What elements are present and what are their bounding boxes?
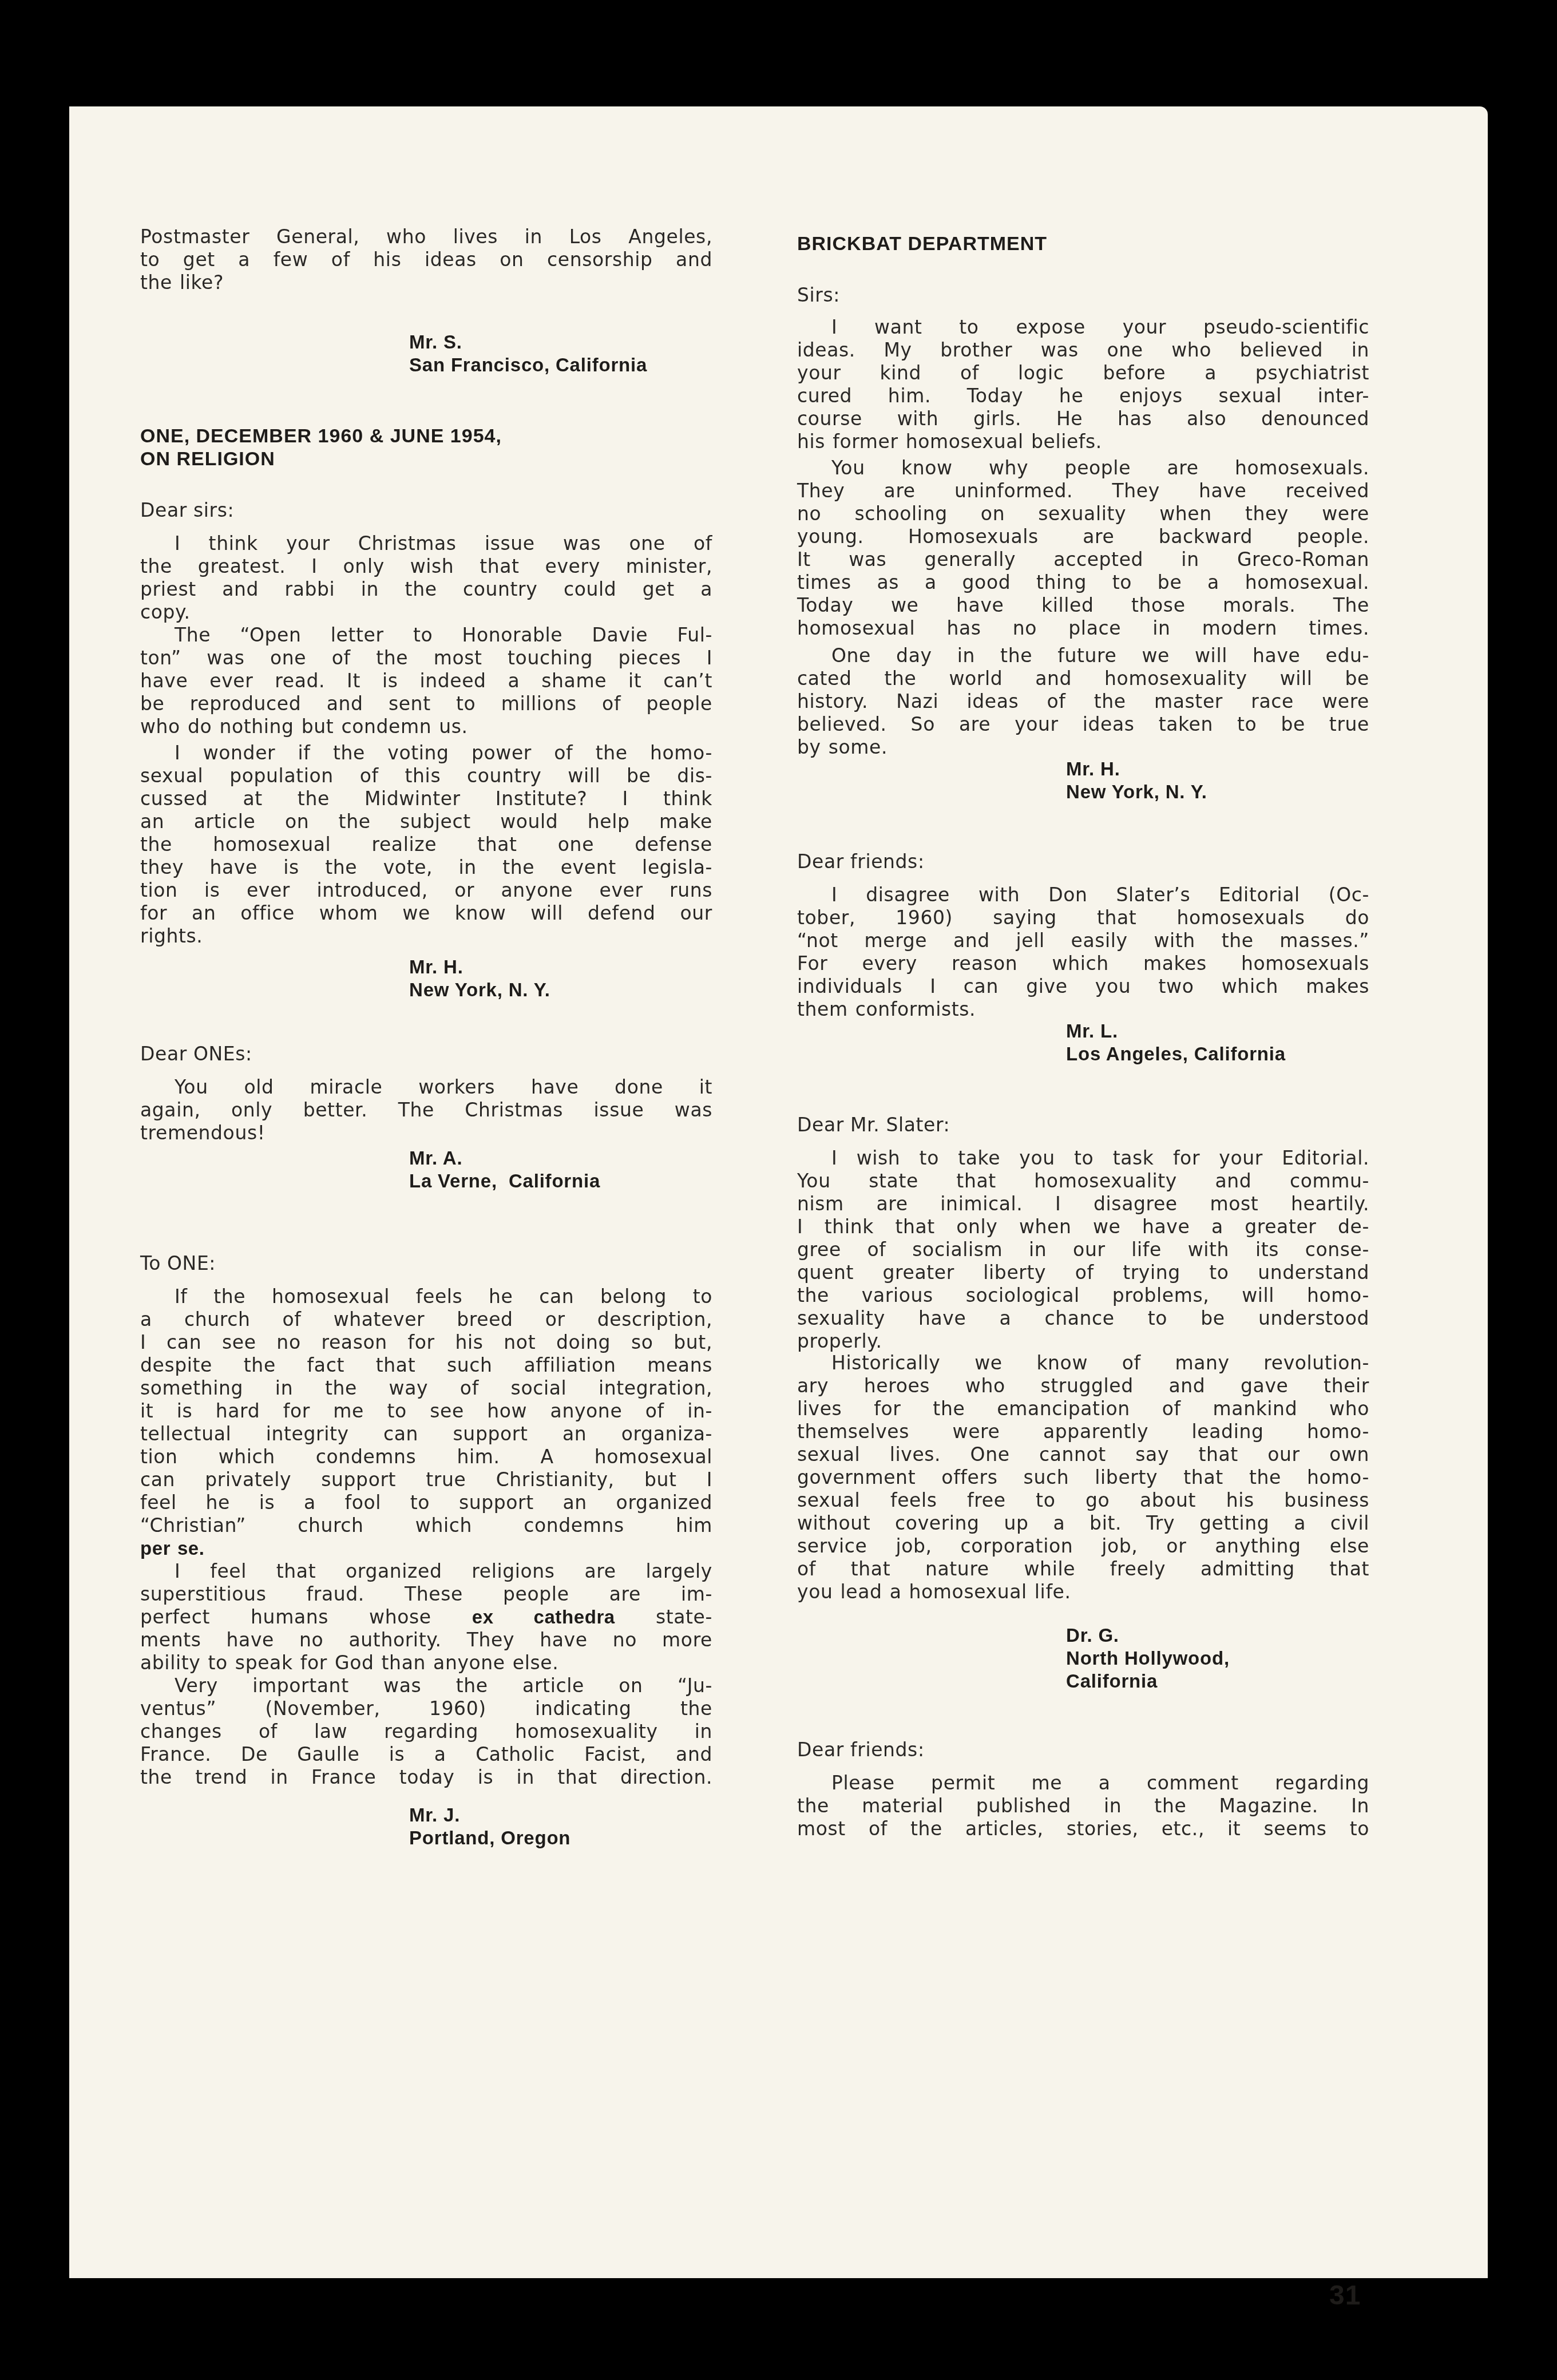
signature-location: California <box>797 1670 1369 1693</box>
salutation: Dear Mr. Slater: <box>797 1114 1369 1136</box>
paragraph: I feel that organized religions are larg… <box>140 1560 712 1674</box>
text-line: I think your Christmas issue was one of <box>140 532 712 555</box>
text-line: tremendous! <box>140 1122 712 1145</box>
signature: Mr. H. New York, N. Y. <box>140 956 712 1001</box>
text-line: ideas. My brother was one who believed i… <box>797 339 1369 362</box>
text-line: tion which condemns him. A homosexual <box>140 1446 712 1468</box>
text-line: For every reason which makes homosexuals <box>797 952 1369 975</box>
text-line: the homosexual realize that one defense <box>140 833 712 856</box>
text-line: They are uninformed. They have received <box>797 480 1369 502</box>
signature-location: North Hollywood, <box>797 1647 1369 1670</box>
text-line: of that nature while freely admitting th… <box>797 1558 1369 1581</box>
text-line: quent greater liberty of trying to under… <box>797 1261 1369 1284</box>
text-line: You state that homosexuality and commu- <box>797 1170 1369 1193</box>
text-line: history. Nazi ideas of the master race w… <box>797 690 1369 713</box>
text-line: be reproduced and sent to millions of pe… <box>140 692 712 715</box>
signature: Mr. S. San Francisco, California <box>140 331 712 377</box>
text-line: an article on the subject would help mak… <box>140 810 712 833</box>
salutation-text: Dear friends: <box>797 1739 1369 1761</box>
text-line: tober, 1960) saying that homosexuals do <box>797 906 1369 929</box>
heading-line: ONE, DECEMBER 1960 & JUNE 1954, <box>140 425 712 448</box>
signature-name: Mr. S. <box>140 331 712 354</box>
text-line: changes of law regarding homosexuality i… <box>140 1720 712 1743</box>
text-line: The “Open letter to Honorable Davie Ful- <box>140 624 712 647</box>
signature-location: Los Angeles, California <box>797 1043 1369 1066</box>
text-line: can privately support true Christianity,… <box>140 1468 712 1491</box>
text-line: times as a good thing to be a homosexual… <box>797 571 1369 594</box>
text-line: Very important was the article on “Ju- <box>140 1674 712 1697</box>
text-line: I wish to take you to task for your Edit… <box>797 1147 1369 1170</box>
paragraph: I disagree with Don Slater’s Editorial (… <box>797 884 1369 1021</box>
text-line: the material published in the Magazine. … <box>797 1795 1369 1817</box>
text-line: I want to expose your pseudo-scientific <box>797 316 1369 339</box>
text-line: them conformists. <box>797 998 1369 1021</box>
text-line: individuals I can give you two which mak… <box>797 975 1369 998</box>
paragraph: You know why people are homosexuals. The… <box>797 457 1369 640</box>
text-line: again, only better. The Christmas issue … <box>140 1099 712 1122</box>
emphasis-per-se: per se. <box>140 1537 712 1560</box>
signature-location: La Verne, California <box>140 1170 712 1193</box>
text-line: tellectual integrity can support an orga… <box>140 1423 712 1446</box>
salutation-text: Dear sirs: <box>140 499 712 522</box>
text-line: something in the way of social integrati… <box>140 1377 712 1400</box>
letter-continuation: Postmaster General, who lives in Los Ang… <box>140 225 712 294</box>
paragraph: Very important was the article on “Ju- v… <box>140 1674 712 1789</box>
text-line: superstitious fraud. These people are im… <box>140 1583 712 1606</box>
text-line: cussed at the Midwinter Institute? I thi… <box>140 787 712 810</box>
text-line: who do nothing but condemn us. <box>140 715 712 738</box>
text-line: the various sociological problems, will … <box>797 1284 1369 1307</box>
text-line: properly. <box>797 1330 1369 1353</box>
text-line: it is hard for me to see how anyone of i… <box>140 1400 712 1423</box>
text-line: tion is ever introduced, or anyone ever … <box>140 879 712 902</box>
signature-name: Mr. J. <box>140 1804 712 1827</box>
text-line: no schooling on sexuality when they were <box>797 502 1369 525</box>
signature-location: San Francisco, California <box>140 354 712 377</box>
text-line: service job, corporation job, or anythin… <box>797 1535 1369 1558</box>
text-line: gree of socialism in our life with its c… <box>797 1238 1369 1261</box>
text-line: If the homosexual feels he can belong to <box>140 1285 712 1308</box>
paragraph: The “Open letter to Honorable Davie Ful-… <box>140 624 712 738</box>
text-line: most of the articles, stories, etc., it … <box>797 1817 1369 1840</box>
text-line: Historically we know of many revolution- <box>797 1352 1369 1375</box>
text-line: rights. <box>140 925 712 948</box>
text-line: “Christian” church which condemns him <box>140 1514 712 1537</box>
signature-location: New York, N. Y. <box>797 781 1369 803</box>
paragraph: If the homosexual feels he can belong to… <box>140 1285 712 1560</box>
text-line: ments have no authority. They have no mo… <box>140 1629 712 1652</box>
signature: Mr. J. Portland, Oregon <box>140 1804 712 1850</box>
text-line: for an office whom we know will defend o… <box>140 902 712 925</box>
text-line: course with girls. He has also denounced <box>797 407 1369 430</box>
text-line: they have is the vote, in the event legi… <box>140 856 712 879</box>
text-line: cated the world and homosexuality will b… <box>797 667 1369 690</box>
text-line: the trend in France today is in that dir… <box>140 1766 712 1789</box>
paragraph: You old miracle workers have done it aga… <box>140 1076 712 1145</box>
text-line: I wonder if the voting power of the homo… <box>140 742 712 765</box>
text-line: believed. So are your ideas taken to be … <box>797 713 1369 736</box>
text-fragment: state- <box>656 1606 712 1628</box>
text-line: government offers such liberty that the … <box>797 1466 1369 1489</box>
signature-name: Mr. H. <box>140 956 712 979</box>
text-line-with-emphasis: perfect humans whose ex cathedra state- <box>140 1606 712 1629</box>
text-line: despite the fact that such affiliation m… <box>140 1354 712 1377</box>
salutation-text: Dear ONEs: <box>140 1043 712 1066</box>
text-line: sexual population of this country will b… <box>140 765 712 787</box>
text-line: ton” was one of the most touching pieces… <box>140 647 712 670</box>
magazine-page: Postmaster General, who lives in Los Ang… <box>69 106 1488 2278</box>
signature-location: Portland, Oregon <box>140 1827 712 1850</box>
salutation: To ONE: <box>140 1252 712 1275</box>
text-line: One day in the future we will have edu- <box>797 644 1369 667</box>
text-line: I can see no reason for his not doing so… <box>140 1331 712 1354</box>
signature-name: Mr. A. <box>140 1147 712 1170</box>
text-line: have ever read. It is indeed a shame it … <box>140 670 712 692</box>
paragraph: Please permit me a comment regarding the… <box>797 1772 1369 1840</box>
section-heading: ONE, DECEMBER 1960 & JUNE 1954, ON RELIG… <box>140 425 712 470</box>
salutation-text: Dear friends: <box>797 850 1369 873</box>
signature: Dr. G. North Hollywood, California <box>797 1624 1369 1693</box>
paragraph: I wonder if the voting power of the homo… <box>140 742 712 948</box>
text-line: to get a few of his ideas on censorship … <box>140 248 712 271</box>
heading-line: ON RELIGION <box>140 448 712 470</box>
text-line: themselves were apparently leading homo- <box>797 1420 1369 1443</box>
salutation-text: Sirs: <box>797 284 1369 307</box>
signature-location: New York, N. Y. <box>140 979 712 1001</box>
salutation-text: Dear Mr. Slater: <box>797 1114 1369 1136</box>
text-line: I think that only when we have a greater… <box>797 1215 1369 1238</box>
paragraph: Historically we know of many revolution-… <box>797 1352 1369 1603</box>
text-line: sexual lives. One cannot say that our ow… <box>797 1443 1369 1466</box>
text-line: Today we have killed those morals. The <box>797 594 1369 617</box>
text-line: nism are inimical. I disagree most heart… <box>797 1193 1369 1215</box>
text-line: It was generally accepted in Greco-Roman <box>797 548 1369 571</box>
signature: Mr. A. La Verne, California <box>140 1147 712 1193</box>
emphasis-ex-cathedra: ex cathedra <box>472 1606 615 1627</box>
text-line: priest and rabbi in the country could ge… <box>140 578 712 601</box>
signature-name: Mr. L. <box>797 1020 1369 1043</box>
text-line: homosexual has no place in modern times. <box>797 617 1369 640</box>
text-line: ventus” (November, 1960) indicating the <box>140 1697 712 1720</box>
text-fragment: perfect humans whose <box>140 1606 431 1628</box>
text-line: the like? <box>140 271 712 294</box>
paragraph: I want to expose your pseudo-scientific … <box>797 316 1369 453</box>
signature: Mr. L. Los Angeles, California <box>797 1020 1369 1066</box>
text-line: You old miracle workers have done it <box>140 1076 712 1099</box>
section-heading: BRICKBAT DEPARTMENT <box>797 232 1369 255</box>
salutation: Dear ONEs: <box>140 1043 712 1066</box>
salutation: Dear sirs: <box>140 499 712 522</box>
salutation-text: To ONE: <box>140 1252 712 1275</box>
paragraph: One day in the future we will have edu- … <box>797 644 1369 759</box>
text-line: Postmaster General, who lives in Los Ang… <box>140 225 712 248</box>
text-line: your kind of logic before a psychiatrist <box>797 362 1369 385</box>
salutation: Dear friends: <box>797 1739 1369 1761</box>
text-line: without covering up a bit. Try getting a… <box>797 1512 1369 1535</box>
text-line: cured him. Today he enjoys sexual inter- <box>797 385 1369 407</box>
text-line: copy. <box>140 601 712 624</box>
text-line: the greatest. I only wish that every min… <box>140 555 712 578</box>
text-line: ability to speak for God than anyone els… <box>140 1652 712 1674</box>
text-line: Please permit me a comment regarding <box>797 1772 1369 1795</box>
signature: Mr. H. New York, N. Y. <box>797 758 1369 803</box>
text-line: young. Homosexuals are backward people. <box>797 525 1369 548</box>
text-line: his former homosexual beliefs. <box>797 430 1369 453</box>
salutation: Dear friends: <box>797 850 1369 873</box>
page-number: 31 <box>1329 2280 1361 2311</box>
text-line: sexuality have a chance to be understood <box>797 1307 1369 1330</box>
signature-name: Dr. G. <box>797 1624 1369 1647</box>
text-line: lives for the emancipation of mankind wh… <box>797 1397 1369 1420</box>
salutation: Sirs: <box>797 284 1369 307</box>
text-line: I disagree with Don Slater’s Editorial (… <box>797 884 1369 906</box>
heading-line: BRICKBAT DEPARTMENT <box>797 232 1369 255</box>
paragraph: I think your Christmas issue was one of … <box>140 532 712 624</box>
text-line: you lead a homosexual life. <box>797 1581 1369 1603</box>
text-line: ary heroes who struggled and gave their <box>797 1375 1369 1397</box>
text-line: a church of whatever breed or descriptio… <box>140 1308 712 1331</box>
signature-name: Mr. H. <box>797 758 1369 781</box>
paragraph: I wish to take you to task for your Edit… <box>797 1147 1369 1353</box>
text-line: You know why people are homosexuals. <box>797 457 1369 480</box>
text-line: “not merge and jell easily with the mass… <box>797 929 1369 952</box>
text-line: I feel that organized religions are larg… <box>140 1560 712 1583</box>
text-line: sexual feels free to go about his busine… <box>797 1489 1369 1512</box>
text-line: France. De Gaulle is a Catholic Facist, … <box>140 1743 712 1766</box>
text-line: feel he is a fool to support an organize… <box>140 1491 712 1514</box>
text-line: by some. <box>797 736 1369 759</box>
